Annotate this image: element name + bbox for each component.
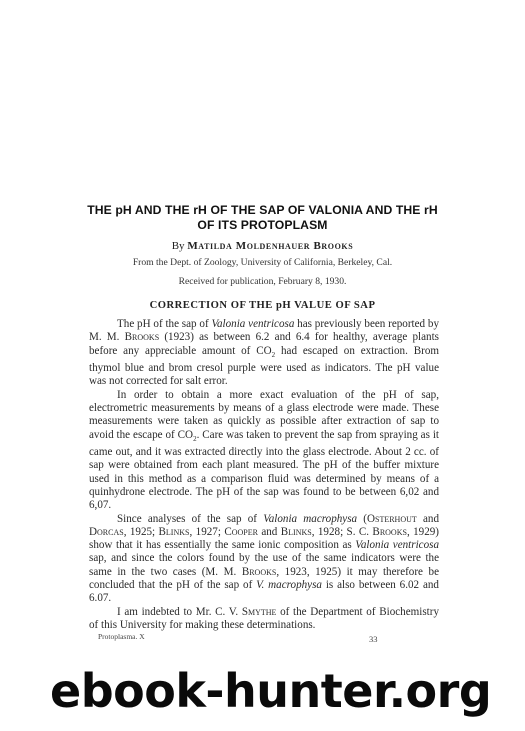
author-name: Matilda Moldenhauer Brooks [187,240,353,252]
title-line-1: THE pH AND THE rH OF THE SAP OF VALONIA … [60,203,465,218]
page-number: 33 [369,634,378,644]
paragraph-2: In order to obtain a more exact evaluati… [89,389,439,513]
section-heading: CORRECTION OF THE pH VALUE OF SAP [0,300,525,311]
paragraph-1: The pH of the sap of Valonia ventricosa … [89,318,439,389]
document-page: THE pH AND THE rH OF THE SAP OF VALONIA … [0,0,525,731]
affiliation: From the Dept. of Zoology, University of… [0,257,525,268]
paragraph-4: I am indebted to Mr. C. V. Smythe of the… [89,606,439,633]
author-prefix: By [172,240,185,252]
title-line-2: OF ITS PROTOPLASM [60,218,465,233]
paragraph-3: Since analyses of the sap of Valonia mac… [89,513,439,606]
body-text: The pH of the sap of Valonia ventricosa … [89,318,439,632]
article-title: THE pH AND THE rH OF THE SAP OF VALONIA … [60,203,465,233]
watermark: ebook-hunter.org [50,666,525,716]
journal-footer: Protoplasma. X [98,632,145,641]
author-line: By Matilda Moldenhauer Brooks [0,240,525,252]
received-date: Received for publication, February 8, 19… [0,276,525,287]
